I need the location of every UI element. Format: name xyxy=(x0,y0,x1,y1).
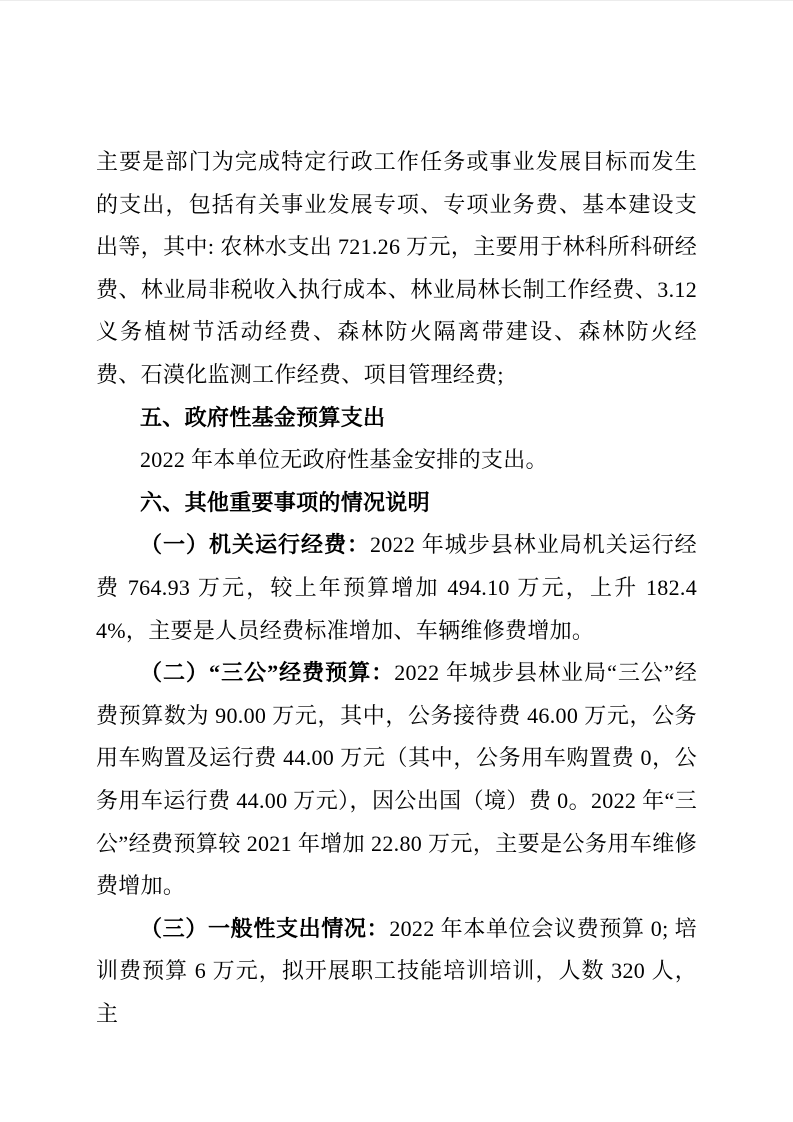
paragraph-organ-operating-expense: （一）机关运行经费：2022 年城步县林业局机关运行经费 764.93 万元，较… xyxy=(96,524,697,652)
paragraph-three-public-budget: （二）“三公”经费预算：2022 年城步县林业局“三公”经费预算数为 90.00… xyxy=(96,652,697,908)
paragraph-lead-organ-operating: （一）机关运行经费： xyxy=(140,532,370,557)
paragraph-lead-three-public: （二）“三公”经费预算： xyxy=(140,660,394,685)
heading-section-five: 五、政府性基金预算支出 xyxy=(96,397,697,440)
paragraph-special-expenditure-detail: 主要是部门为完成特定行政工作任务或事业发展目标而发生的支出，包括有关事业发展专项… xyxy=(96,141,697,397)
paragraph-gov-fund-budget: 2022 年本单位无政府性基金安排的支出。 xyxy=(96,439,697,482)
paragraph-text-three-public: 2022 年城步县林业局“三公”经费预算数为 90.00 万元，其中，公务接待费… xyxy=(96,660,697,898)
document-body: 主要是部门为完成特定行政工作任务或事业发展目标而发生的支出，包括有关事业发展专项… xyxy=(96,141,697,1035)
document-page: 主要是部门为完成特定行政工作任务或事业发展目标而发生的支出，包括有关事业发展专项… xyxy=(0,0,793,1122)
paragraph-general-expenditure: （三）一般性支出情况：2022 年本单位会议费预算 0; 培训费预算 6 万元，… xyxy=(96,908,697,1036)
heading-section-six: 六、其他重要事项的情况说明 xyxy=(96,482,697,525)
paragraph-lead-general-expenditure: （三）一般性支出情况： xyxy=(140,916,389,941)
